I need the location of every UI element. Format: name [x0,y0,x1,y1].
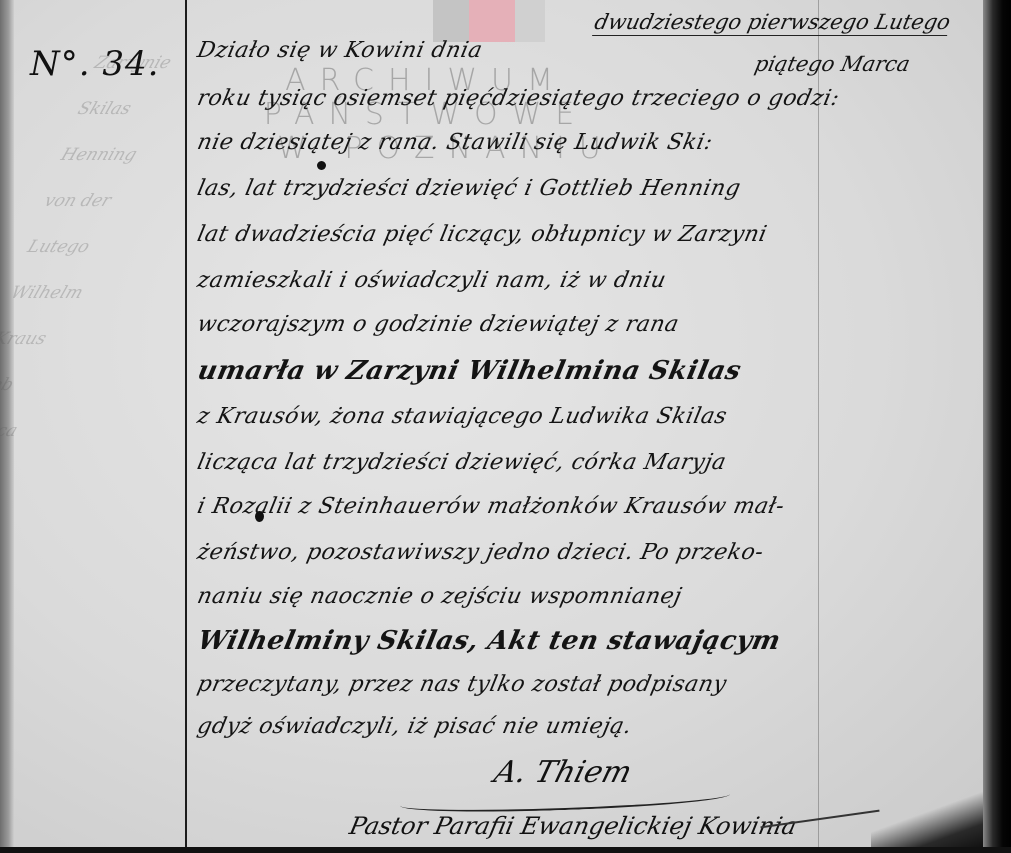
page-edge-shadow [983,0,1011,853]
entry-number: N°. 34. [30,44,159,84]
record-line: zamieszkali i oświadczyli nam, iż w dniu [195,268,668,293]
calibration-swatch-grey [433,0,469,42]
record-line: wczorajszym o godzinie dziewiątej z rana [195,312,681,337]
inserted-date-below: piątego Marca [752,52,912,76]
ink-blot [317,161,326,170]
record-line: i Rozalii z Steinhauerów małżonków Kraus… [195,494,787,519]
calibration-swatch-light [515,0,545,42]
column-rule [818,0,819,853]
record-line: licząca lat trzydzieści dziewięć, córka … [195,450,729,475]
record-line: roku tysiąc osiemset pięćdziesiątego trz… [195,86,842,111]
margin-rule [185,0,187,853]
scanned-record-page: Zarzynie Skilas Henning von der Lutego W… [0,0,1011,853]
record-line: Działo się w Kowini dnia [195,38,485,63]
pastor-signature: A. Thiem [490,755,635,790]
record-line: przeczytany, przez nas tylko został podp… [195,672,729,697]
record-line: gdyż oświadczyli, iż pisać nie umieją. [195,714,634,739]
bottom-edge [0,847,1011,853]
pastor-title: Pastor Parafii Ewangelickiej Kowinia [347,812,799,840]
record-line: z Krausów, żona stawiającego Ludwika Ski… [195,404,729,429]
record-line-deceased-name: Wilhelminy Skilas, Akt ten stawającym [195,626,783,656]
record-line: naniu się naocznie o zejściu wspomnianej [195,584,684,609]
record-line: żeństwo, pozostawiwszy jedno dzieci. Po … [195,540,766,565]
ink-blot [255,511,264,522]
record-line: lat dwadzieścia pięć liczący, obłupnicy … [195,222,769,247]
inserted-date-above: dwudziestego pierwszego Lutego [592,10,952,34]
calibration-swatch-pink [469,0,515,42]
record-line-deceased-name: umarła w Zarzyni Wilhelmina Skilas [195,356,744,386]
record-line: las, lat trzydzieści dziewięć i Gottlieb… [195,176,743,201]
record-line: nie dziesiątej z rana. Stawili się Ludwi… [195,130,715,155]
